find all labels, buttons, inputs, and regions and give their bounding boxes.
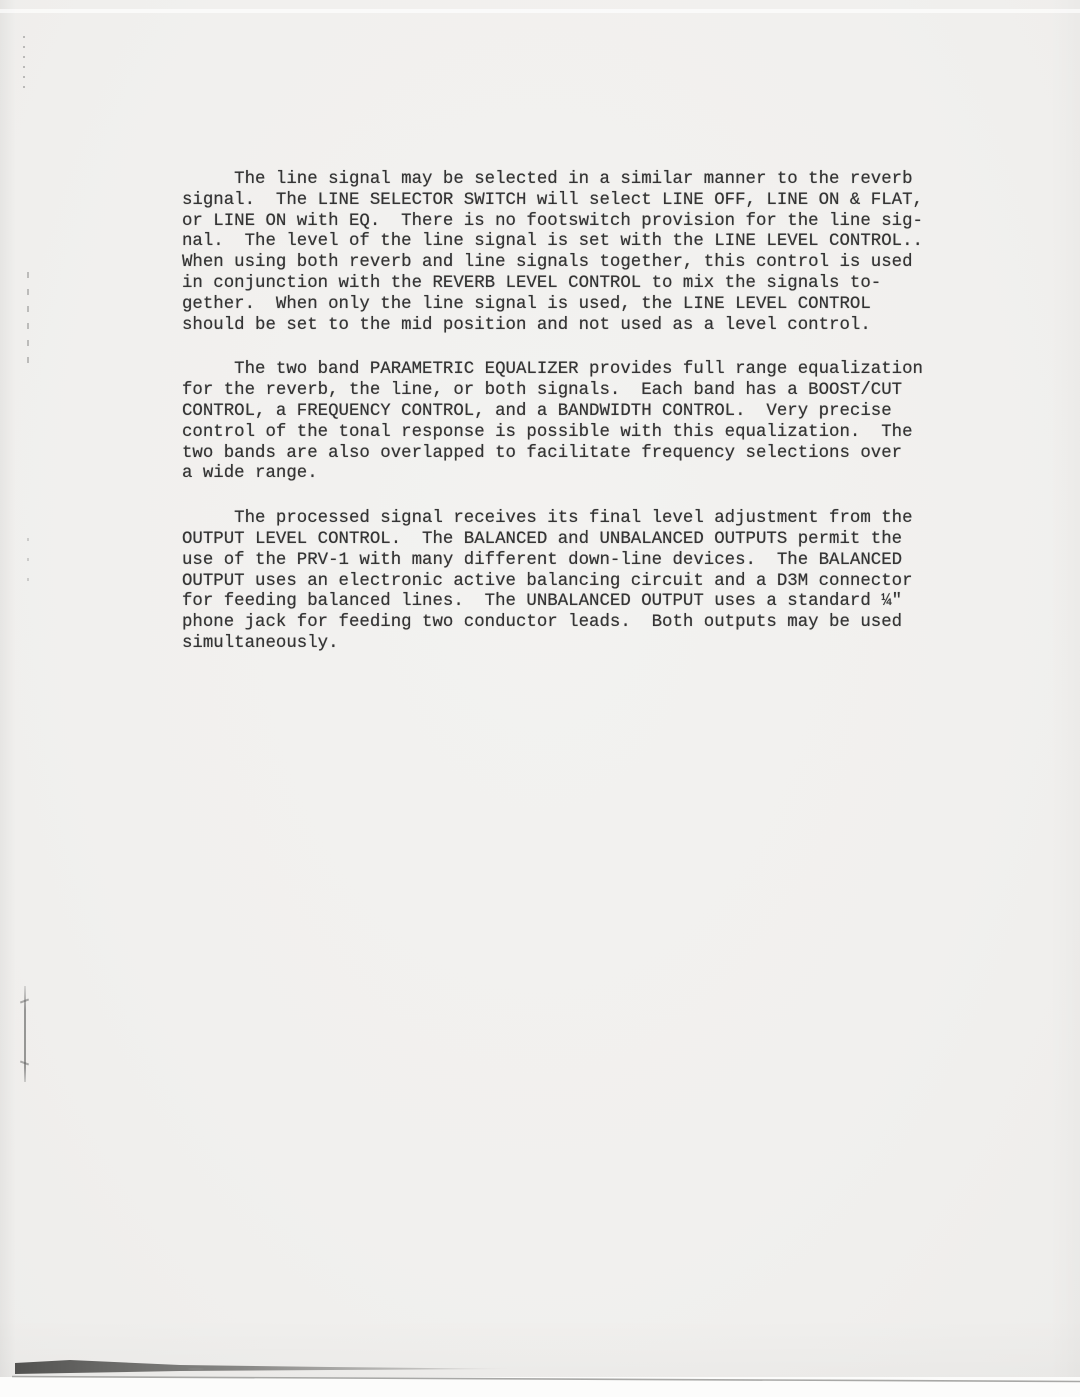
margin-dotted-mark — [23, 36, 25, 94]
margin-dash-mark — [27, 272, 29, 364]
document-page: The line signal may be selected in a sim… — [0, 0, 1080, 1377]
paragraph-line-signal: The line signal may be selected in a sim… — [182, 170, 942, 336]
scanned-document-canvas: The line signal may be selected in a sim… — [0, 0, 1080, 1397]
page-top-edge — [0, 9, 1080, 13]
paragraph-output-level: The processed signal receives its final … — [182, 509, 942, 655]
paragraph-parametric-equalizer: The two band PARAMETRIC EQUALIZER provid… — [182, 360, 942, 485]
scanner-background — [0, 1378, 1080, 1397]
margin-small-dash-mark — [27, 538, 29, 594]
document-text-block: The line signal may be selected in a sim… — [182, 170, 942, 655]
